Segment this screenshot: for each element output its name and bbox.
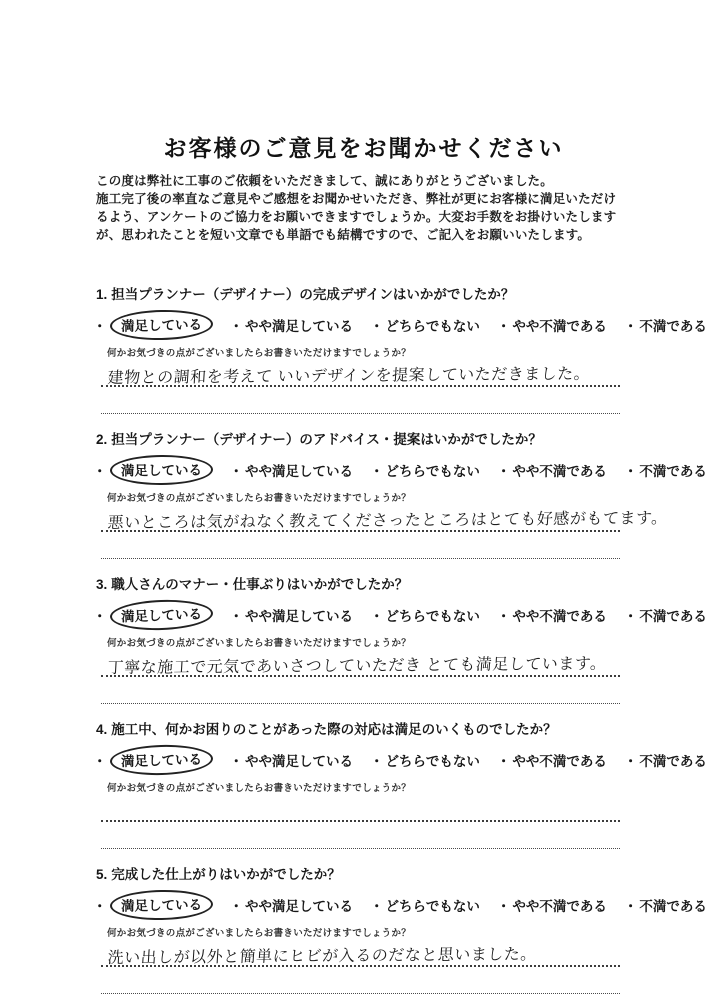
option-label: やや満足している	[245, 750, 353, 770]
question-block-3: 3.職人さんのマナー・仕事ぶりはいかがでしたか？ ・満足している ・やや満足して…	[96, 573, 622, 704]
option-label: 不満である	[639, 460, 707, 480]
option-label: 不満である	[639, 315, 707, 335]
questionnaire-page: お客様のご意見をお聞かせください この度は弊社に工事のご依頼をいただきまして、誠…	[0, 0, 707, 1000]
option-label: どちらでもない	[386, 460, 480, 480]
option-label: やや満足している	[245, 315, 353, 335]
option-dissatisfied: ・不満である	[624, 460, 707, 480]
option-somewhat-satisfied: ・やや満足している	[230, 605, 354, 625]
handwritten-answer: 洗い出しが以外と簡単にヒビが入るのだなと思いました。	[107, 941, 538, 968]
question-block-5: 5.完成した仕上がりはいかがでしたか？ ・満足している ・やや満足している ・ど…	[96, 863, 622, 994]
question-block-2: 2.担当プランナー（デザイナー）のアドバイス・提案はいかがでしたか？ ・満足して…	[96, 428, 622, 559]
option-label: どちらでもない	[386, 315, 480, 335]
answer-line: 洗い出しが以外と簡単にヒビが入るのだなと思いました。	[101, 939, 620, 967]
option-somewhat-dissatisfied: ・やや不満である	[497, 460, 607, 480]
option-label: やや満足している	[245, 460, 353, 480]
option-neutral: ・どちらでもない	[370, 750, 480, 770]
question-text: 2.担当プランナー（デザイナー）のアドバイス・提案はいかがでしたか？	[96, 428, 622, 448]
comment-prompt: 何かお気づきの点がございましたらお書きいただけますでしょうか？	[107, 925, 622, 939]
options-row: ・満足している ・やや満足している ・どちらでもない ・やや不満である ・不満で…	[93, 455, 622, 485]
option-label: やや不満である	[512, 895, 607, 915]
handwritten-answer: 悪いところは気がねなく教えてくださったところはとても好感がもてます。	[107, 505, 668, 533]
answer-line	[101, 387, 620, 414]
option-label: 不満である	[639, 895, 707, 915]
option-somewhat-dissatisfied: ・やや不満である	[497, 750, 607, 770]
question-block-4: 4.施工中、何かお困りのことがあった際の対応は満足のいくものでしたか？ ・満足し…	[96, 718, 622, 849]
question-list: 1.担当プランナー（デザイナー）の完成デザインはいかがでしたか？ ・満足している…	[96, 283, 622, 1000]
option-label: どちらでもない	[386, 750, 480, 770]
option-dissatisfied: ・不満である	[624, 605, 707, 625]
option-label: どちらでもない	[386, 895, 480, 915]
answer-line	[101, 794, 620, 822]
option-somewhat-dissatisfied: ・やや不満である	[497, 315, 607, 335]
option-somewhat-satisfied: ・やや満足している	[230, 895, 354, 915]
question-label: 職人さんのマナー・仕事ぶりはいかがでしたか？	[111, 577, 408, 592]
option-satisfied: ・満足している	[93, 745, 213, 775]
option-satisfied: ・満足している	[93, 890, 213, 920]
selected-option-circle: 満足している	[109, 455, 212, 486]
option-bullet: ・	[230, 895, 244, 915]
option-bullet: ・	[230, 315, 244, 335]
option-bullet: ・	[370, 605, 384, 625]
selected-option-circle: 満足している	[109, 598, 213, 632]
option-somewhat-dissatisfied: ・やや不満である	[497, 895, 607, 915]
intro-text: この度は弊社に工事のご依頼をいただきまして、誠にありがとうございました。 施工完…	[96, 172, 620, 244]
question-text: 1.担当プランナー（デザイナー）の完成デザインはいかがでしたか？	[96, 283, 622, 303]
option-satisfied: ・満足している	[93, 455, 213, 485]
question-number: 3.	[96, 577, 107, 592]
option-somewhat-satisfied: ・やや満足している	[230, 750, 354, 770]
option-bullet: ・	[370, 750, 384, 770]
option-bullet: ・	[370, 315, 384, 335]
answer-line	[101, 967, 620, 994]
answer-line: 丁寧な施工で元気であいさつしていただき とても満足しています。	[101, 649, 620, 677]
option-bullet: ・	[93, 605, 107, 625]
question-block-1: 1.担当プランナー（デザイナー）の完成デザインはいかがでしたか？ ・満足している…	[96, 283, 622, 414]
option-bullet: ・	[93, 750, 107, 770]
option-dissatisfied: ・不満である	[624, 895, 707, 915]
option-label: やや不満である	[512, 750, 607, 770]
option-bullet: ・	[497, 315, 511, 335]
option-bullet: ・	[230, 460, 244, 480]
option-bullet: ・	[624, 315, 638, 335]
option-neutral: ・どちらでもない	[370, 315, 480, 335]
answer-line	[101, 677, 620, 704]
option-neutral: ・どちらでもない	[370, 460, 480, 480]
option-satisfied: ・満足している	[93, 600, 213, 630]
option-label: やや不満である	[512, 315, 607, 335]
option-bullet: ・	[624, 750, 638, 770]
option-bullet: ・	[497, 750, 511, 770]
handwritten-answer: 建物との調和を考えて いいデザインを提案していただきました。	[107, 361, 591, 388]
comment-prompt: 何かお気づきの点がございましたらお書きいただけますでしょうか？	[107, 345, 622, 359]
handwritten-answer: 丁寧な施工で元気であいさつしていただき とても満足しています。	[107, 651, 607, 678]
option-somewhat-satisfied: ・やや満足している	[230, 315, 354, 335]
option-label: 不満である	[639, 605, 707, 625]
option-bullet: ・	[497, 895, 511, 915]
question-number: 4.	[96, 722, 107, 737]
comment-prompt: 何かお気づきの点がございましたらお書きいただけますでしょうか？	[107, 490, 622, 504]
option-label: どちらでもない	[386, 605, 480, 625]
option-bullet: ・	[624, 460, 638, 480]
option-label: やや満足している	[245, 895, 353, 915]
question-label: 担当プランナー（デザイナー）の完成デザインはいかがでしたか？	[111, 287, 514, 302]
selected-option-circle: 満足している	[109, 889, 213, 921]
comment-prompt: 何かお気づきの点がございましたらお書きいただけますでしょうか？	[107, 780, 622, 794]
option-label: やや不満である	[512, 460, 607, 480]
option-neutral: ・どちらでもない	[370, 605, 480, 625]
comment-prompt: 何かお気づきの点がございましたらお書きいただけますでしょうか？	[107, 635, 622, 649]
answer-line	[101, 822, 620, 849]
question-text: 5.完成した仕上がりはいかがでしたか？	[96, 863, 622, 883]
option-bullet: ・	[370, 460, 384, 480]
options-row: ・満足している ・やや満足している ・どちらでもない ・やや不満である ・不満で…	[93, 600, 622, 630]
question-label: 施工中、何かお困りのことがあった際の対応は満足のいくものでしたか？	[111, 722, 556, 737]
answer-line: 建物との調和を考えて いいデザインを提案していただきました。	[101, 359, 620, 387]
option-bullet: ・	[497, 605, 511, 625]
option-bullet: ・	[93, 895, 107, 915]
option-bullet: ・	[624, 895, 638, 915]
option-bullet: ・	[370, 895, 384, 915]
option-bullet: ・	[230, 750, 244, 770]
question-number: 5.	[96, 867, 107, 882]
intro-paragraph: 施工完了後の率直なご意見やご感想をお聞かせいただき、弊社が更にお客様に満足いただ…	[96, 190, 620, 244]
option-somewhat-dissatisfied: ・やや不満である	[497, 605, 607, 625]
option-bullet: ・	[497, 460, 511, 480]
options-row: ・満足している ・やや満足している ・どちらでもない ・やや不満である ・不満で…	[93, 310, 622, 340]
option-bullet: ・	[93, 460, 107, 480]
question-text: 3.職人さんのマナー・仕事ぶりはいかがでしたか？	[96, 573, 622, 593]
question-label: 完成した仕上がりはいかがでしたか？	[111, 867, 341, 882]
option-bullet: ・	[624, 605, 638, 625]
selected-option-circle: 満足している	[109, 309, 213, 341]
answer-line: 悪いところは気がねなく教えてくださったところはとても好感がもてます。	[101, 504, 620, 532]
option-bullet: ・	[93, 315, 107, 335]
page-title: お客様のご意見をお聞かせください	[10, 130, 707, 163]
option-neutral: ・どちらでもない	[370, 895, 480, 915]
option-label: やや不満である	[512, 605, 607, 625]
option-satisfied: ・満足している	[93, 310, 213, 340]
intro-paragraph: この度は弊社に工事のご依頼をいただきまして、誠にありがとうございました。	[96, 172, 620, 190]
options-row: ・満足している ・やや満足している ・どちらでもない ・やや不満である ・不満で…	[93, 890, 622, 920]
question-number: 1.	[96, 287, 107, 302]
question-number: 2.	[96, 432, 107, 447]
option-label: やや満足している	[245, 605, 353, 625]
question-label: 担当プランナー（デザイナー）のアドバイス・提案はいかがでしたか？	[111, 432, 542, 447]
answer-line	[101, 532, 620, 559]
options-row: ・満足している ・やや満足している ・どちらでもない ・やや不満である ・不満で…	[93, 745, 622, 775]
option-somewhat-satisfied: ・やや満足している	[230, 460, 354, 480]
option-dissatisfied: ・不満である	[624, 750, 707, 770]
option-label: 不満である	[639, 750, 707, 770]
option-dissatisfied: ・不満である	[624, 315, 707, 335]
question-text: 4.施工中、何かお困りのことがあった際の対応は満足のいくものでしたか？	[96, 718, 622, 738]
option-bullet: ・	[230, 605, 244, 625]
selected-option-circle: 満足している	[109, 744, 213, 777]
